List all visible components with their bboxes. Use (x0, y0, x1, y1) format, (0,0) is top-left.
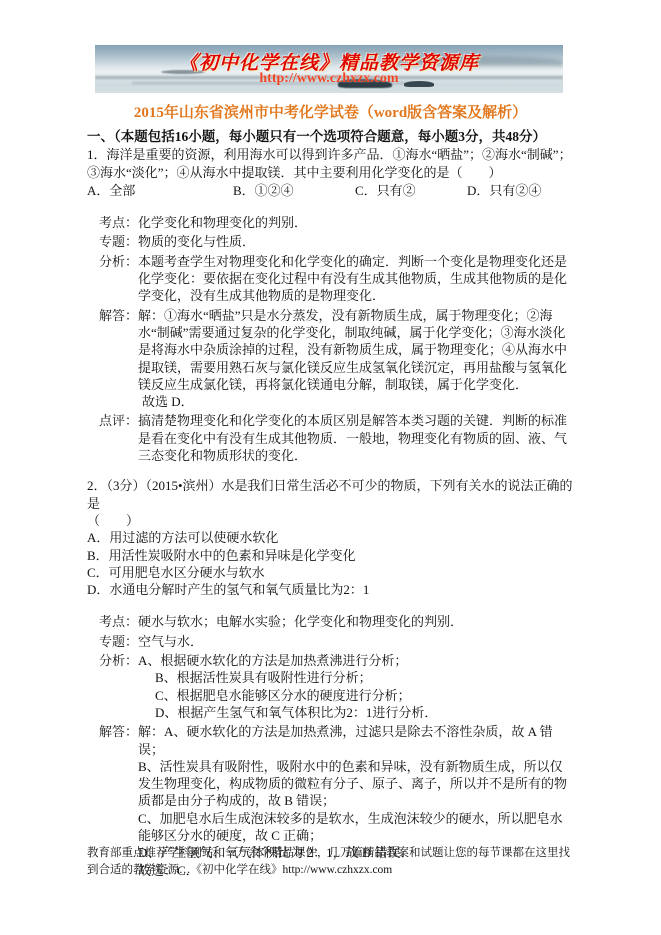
section-heading: 一、（本题包括16小题，每小题只有一个选项符合题意，每小题3分，共48分） (87, 128, 575, 145)
fenxi-item-d: D、根据产生氢气和氧气体积比为2：1进行分析． (155, 704, 575, 721)
zhuanti-label: 专题： (99, 233, 138, 250)
option-d: D．只有②④ (467, 182, 575, 199)
kaodian-label: 考点： (99, 214, 138, 231)
question-2-options: A．用过滤的方法可以使硬水软化 B．用活性炭吸附水中的色素和异味是化学变化 C．… (87, 529, 575, 598)
footer-text: 教育部重点推荐学科网站．一万余个精品课件，几万篇精品教案和试题让您的每节课都在这… (87, 845, 575, 879)
option-d: D．水通电分解时产生的氢气和氧气质量比为2：1 (87, 581, 575, 598)
jieda-item-a: 解：A、硬水软化的方法是加热煮沸，过滤只是除去不溶性杂质，故 A 错误； (138, 723, 575, 758)
doc-title: 2015年山东省滨州市中考化学试卷（word版含答案及解析） (0, 101, 661, 122)
zhuanti-row: 专题： 物质的变化与性质． (99, 233, 575, 250)
site-banner-link[interactable]: 《初中化学在线》精品教学资源库 http://www.czhxzx.com (95, 45, 563, 93)
site-footer: 教育部重点推荐学科网站．一万余个精品课件，几万篇精品教案和试题让您的每节课都在这… (87, 845, 575, 879)
kaodian-row: 考点： 化学变化和物理变化的判别． (99, 214, 575, 231)
kaodian-label: 考点： (99, 613, 138, 630)
question-1-stem: 1．海洋是重要的资源，利用海水可以得到许多产品．①海水“晒盐”；②海水“制碱”；… (87, 146, 575, 181)
jieda-item-c: C、加肥皂水后生成泡沫较多的是软水，生成泡沫较少的硬水，所以肥皂水能够区分水的硬… (138, 810, 575, 845)
question-2-answer-blank: （ ） (87, 512, 575, 529)
fenxi-row: 分析： 本题考查学生对物理变化和化学变化的确定．判断一个变化是物理变化还是化学变… (99, 253, 575, 305)
question-2: 2．（3分）（2015•滨州）水是我们日常生活必不可少的物质，下列有关水的说法正… (87, 477, 575, 879)
jieda-item-b: B、活性炭具有吸附性，吸附水中的色素和异味，没有新物质生成，所以仅发生物理变化，… (138, 758, 575, 810)
option-a: A．用过滤的方法可以使硬水软化 (87, 529, 575, 546)
fenxi-label: 分析： (99, 652, 138, 721)
question-1-options: A．全部 B．①②④ C．只有② D．只有②④ (87, 182, 575, 199)
fenxi-item-b: B、根据活性炭具有吸附性进行分析； (155, 669, 575, 686)
banner-site-url[interactable]: http://www.czhxzx.com (95, 71, 563, 87)
question-1: 1．海洋是重要的资源，利用海水可以得到许多产品．①海水“晒盐”；②海水“制碱”；… (87, 146, 575, 464)
dianping-text: 搞清楚物理变化和化学变化的本质区别是解答本类习题的关键．判断的标准是看在变化中有… (138, 412, 575, 464)
exam-document-page: 《初中化学在线》精品教学资源库 http://www.czhxzx.com 20… (0, 0, 661, 935)
fenxi-text: 本题考查学生对物理变化和化学变化的确定．判断一个变化是物理变化还是化学变化：要依… (138, 253, 575, 305)
dianping-row: 点评： 搞清楚物理变化和化学变化的本质区别是解答本类习题的关键．判断的标准是看在… (99, 412, 575, 464)
zhuanti-text: 物质的变化与性质． (138, 233, 575, 250)
jieda-label: 解答： (99, 307, 138, 411)
option-b: B．①②④ (233, 182, 355, 199)
fenxi-item-c: C、根据肥皂水能够区分水的硬度进行分析； (155, 687, 575, 704)
dianping-label: 点评： (99, 412, 138, 464)
question-2-analysis-block: 考点： 硬水与软水；电解水实验；化学变化和物理变化的判别． 专题： 空气与水． … (99, 613, 575, 878)
option-c: C．可用肥皂水区分硬水与软水 (87, 564, 575, 581)
doc-body: 一、（本题包括16小题，每小题只有一个选项符合题意，每小题3分，共48分） 1．… (87, 128, 575, 879)
zhuanti-row: 专题： 空气与水． (99, 633, 575, 650)
jieda-text: 解：①海水“晒盐”只是水分蒸发，没有新物质生成，属于物理变化；②海水“制碱”需要… (138, 307, 575, 393)
option-a: A．全部 (87, 182, 233, 199)
option-c: C．只有② (355, 182, 467, 199)
zhuanti-label: 专题： (99, 633, 138, 650)
zhuanti-text: 空气与水． (138, 633, 575, 650)
jieda-row: 解答： 解：①海水“晒盐”只是水分蒸发，没有新物质生成，属于物理变化；②海水“制… (99, 307, 575, 411)
kaodian-row: 考点： 硬水与软水；电解水实验；化学变化和物理变化的判别． (99, 613, 575, 630)
option-b: B．用活性炭吸附水中的色素和异味是化学变化 (87, 547, 575, 564)
question-2-stem: 2．（3分）（2015•滨州）水是我们日常生活必不可少的物质，下列有关水的说法正… (87, 477, 575, 512)
kaodian-text: 化学变化和物理变化的判别． (138, 214, 575, 231)
fenxi-row: 分析： A、根据硬水软化的方法是加热煮沸进行分析； B、根据活性炭具有吸附性进行… (99, 652, 575, 721)
kaodian-text: 硬水与软水；电解水实验；化学变化和物理变化的判别． (138, 613, 575, 630)
jieda-answer: 故选 D． (142, 393, 575, 410)
question-1-analysis-block: 考点： 化学变化和物理变化的判别． 专题： 物质的变化与性质． 分析： 本题考查… (99, 214, 575, 464)
fenxi-item-a: A、根据硬水软化的方法是加热煮沸进行分析； (138, 652, 575, 669)
fenxi-label: 分析： (99, 253, 138, 305)
